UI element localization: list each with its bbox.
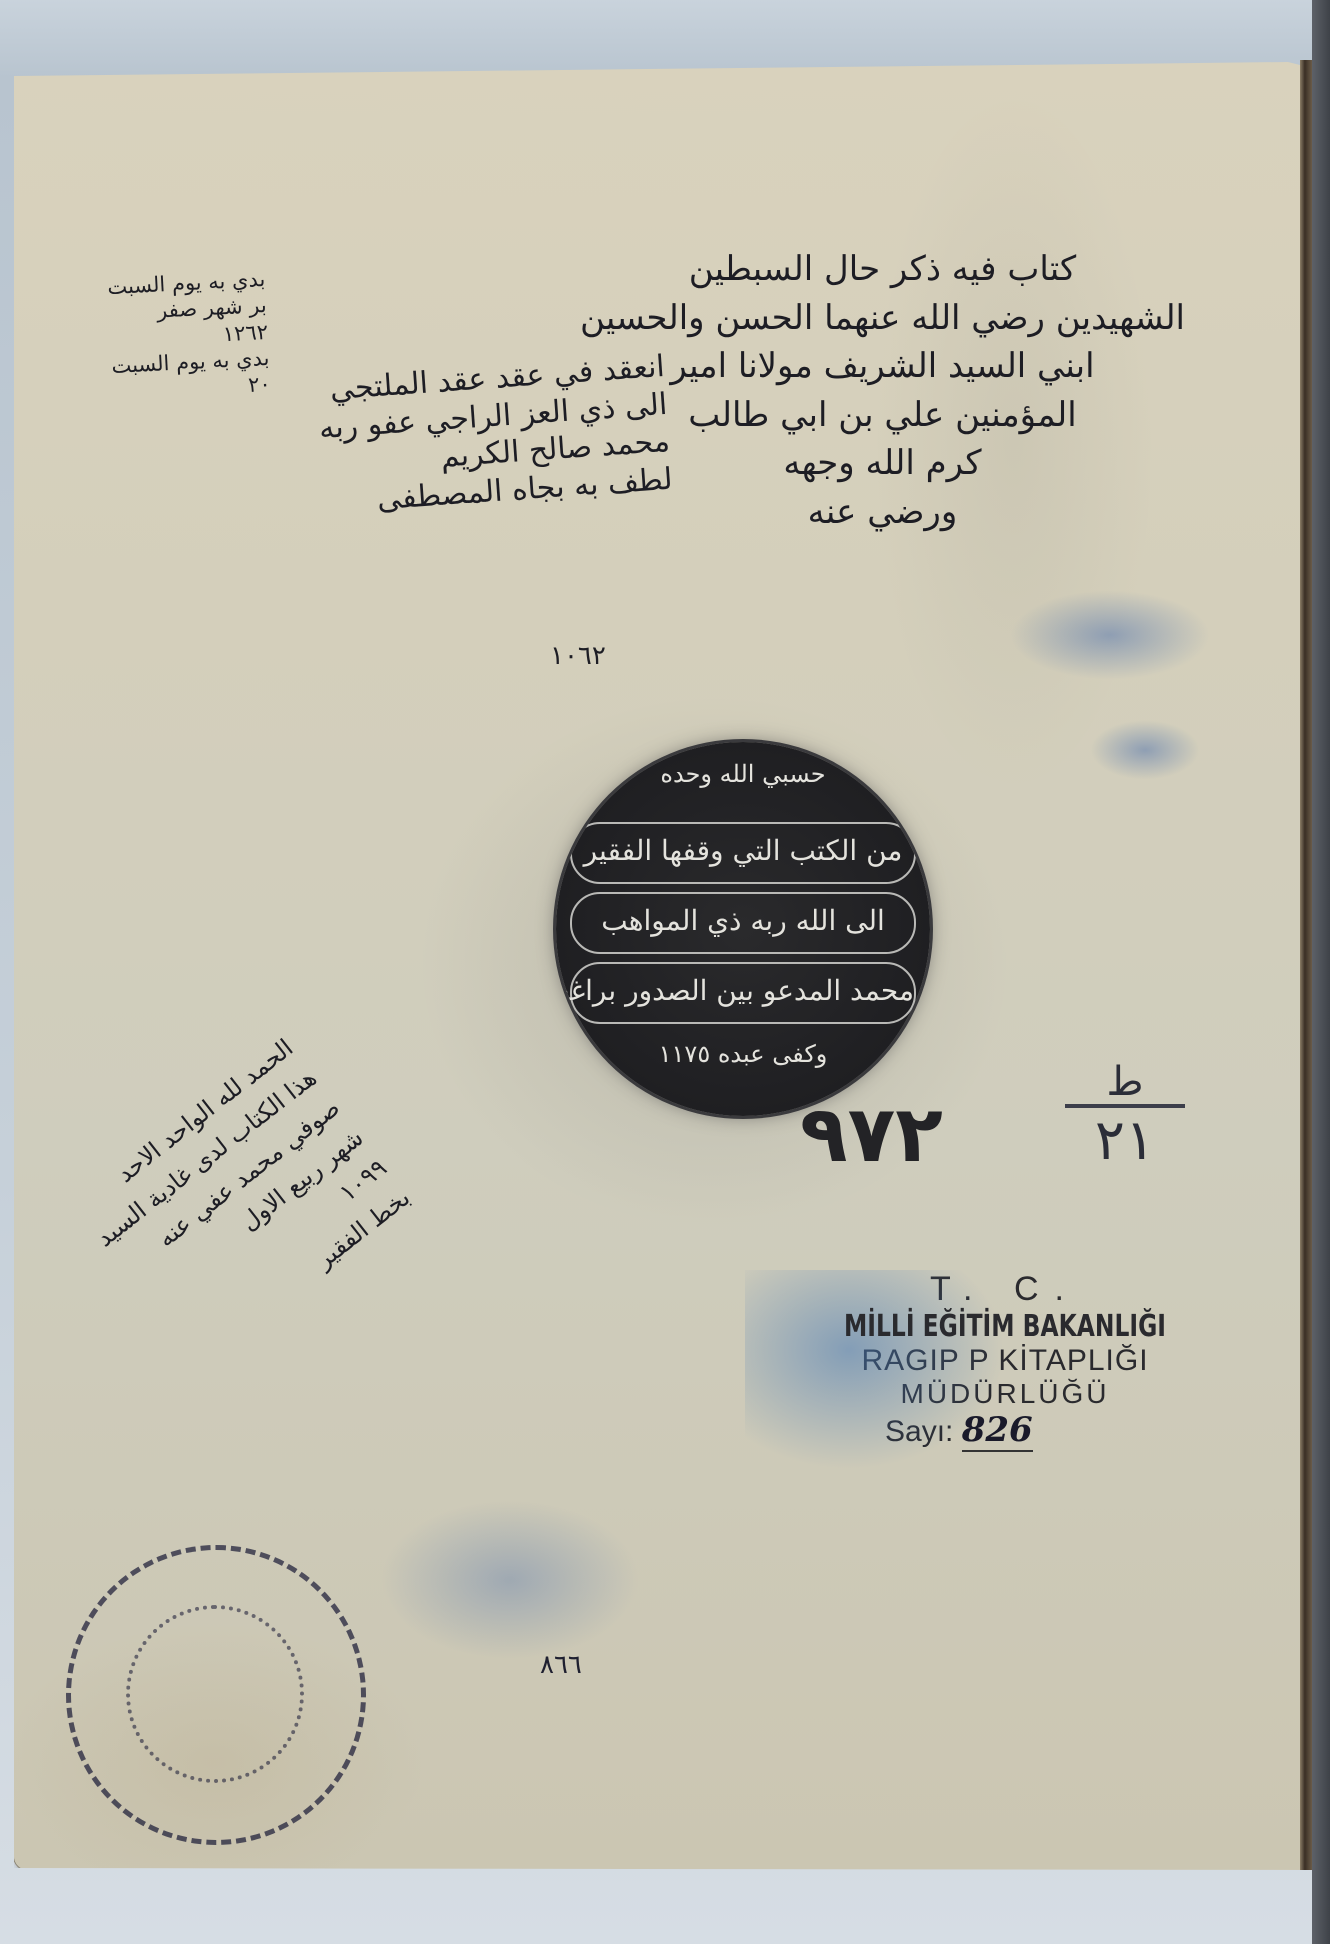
library-stamp: T. C. MİLLİ EĞİTİM BAKANLIĞI RAGIP P KİT… (755, 1270, 1255, 1450)
bottom-note: ٨٦٦ (540, 1650, 582, 1680)
shelf-mark-top: ط (1065, 1060, 1185, 1108)
shelf-mark-bottom: ٢١ (1065, 1108, 1185, 1173)
stamp-line-ministry: MİLLİ EĞİTİM BAKANLIĞI (810, 1309, 1200, 1344)
ownership-note: انعقد في عقد عقد الملتجي الى ذي العز الر… (315, 348, 674, 522)
ownership-year: ١٠٦٢ (550, 640, 606, 673)
seal-band: الى الله ربه ذي المواهب (570, 892, 916, 954)
seal-bottom-text: وكفى عبده ١١٧٥ (556, 1040, 930, 1068)
binding-edge (1300, 60, 1312, 1870)
waqf-seal: حسبي الله وحده من الكتب التي وقفها الفقي… (556, 742, 930, 1116)
seal-top-text: حسبي الله وحده (556, 760, 930, 788)
background-dark-edge (1312, 0, 1330, 1944)
inventory-number: ٩٧٢ (800, 1090, 943, 1180)
title-line: المؤمنين علي بن ابي طالب (580, 394, 1185, 437)
top-left-note: بدي به يوم السبت بر شهر صفر ١٢٦٢ بدي به … (107, 266, 272, 405)
faded-stamp-smudge (380, 1500, 640, 1660)
title-line: الشهيدين رضي الله عنهما الحسن والحسين (580, 297, 1185, 340)
faded-stamp-smudge (1090, 720, 1200, 780)
title-line: ابني السيد الشريف مولانا امير (580, 345, 1185, 388)
round-seal-stamp (66, 1545, 366, 1845)
seal-band: محمد المدعو بين الصدور براغب (570, 962, 916, 1024)
title-line: كتاب فيه ذكر حال السبطين (580, 248, 1185, 291)
seal-band: من الكتب التي وقفها الفقير (570, 822, 916, 884)
shelf-mark: ط ٢١ (1065, 1060, 1185, 1173)
faded-stamp-smudge (1010, 590, 1210, 680)
blue-ink-smear (745, 1270, 1005, 1470)
